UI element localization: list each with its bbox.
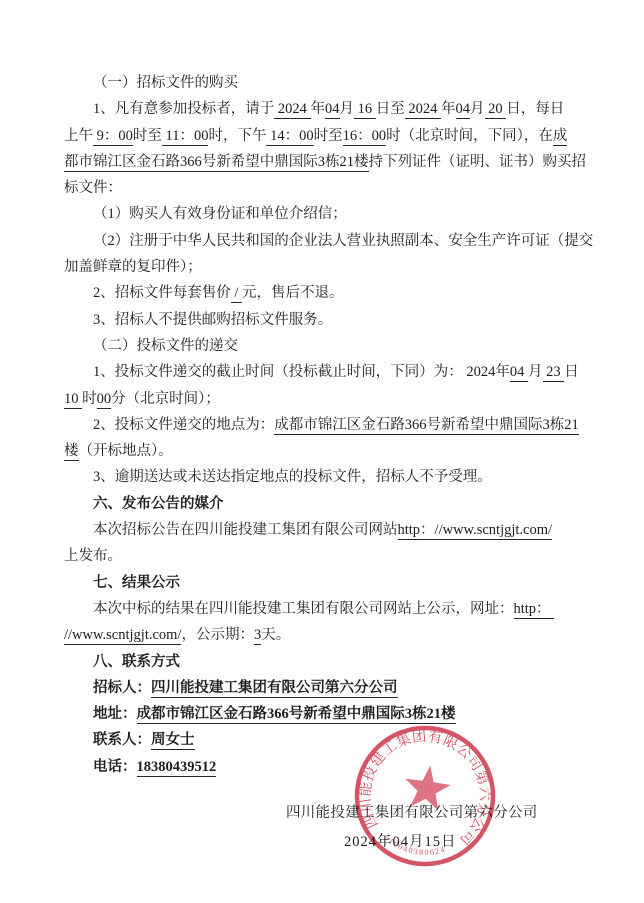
blank-filled-value: 18380439512 xyxy=(137,759,217,777)
doc-line: 2、投标文件递交的地点为：成都市锦江区金石路366号新希望中鼎国际3栋21 xyxy=(64,412,592,438)
blank-filled-value: 16：00 xyxy=(343,128,387,146)
blank-filled-value: 楼 xyxy=(64,443,79,461)
blank-filled-value: 20 xyxy=(485,101,507,119)
blank-filled-value: 周女士 xyxy=(151,732,195,750)
doc-text: 时至 xyxy=(314,128,343,144)
blank-filled-value: 2024 xyxy=(405,101,441,119)
doc-text: 八、联系方式 xyxy=(93,654,180,670)
blank-filled-value: 2024 xyxy=(274,101,310,119)
doc-line: （二）投标文件的递交 xyxy=(64,333,592,359)
doc-text: （2）注册于中华人民共和国的企业法人营业执照副本、安全生产许可证（提交 xyxy=(93,233,593,249)
doc-text: 年 xyxy=(441,101,456,117)
doc-text: 1、凡有意参加投标者，请于 xyxy=(93,101,274,117)
blank-filled-value: 10 xyxy=(64,391,82,409)
blank-filled-value: 04 xyxy=(510,364,528,382)
doc-line: 10 时00分（北京时间）； xyxy=(64,386,592,412)
doc-line: 都市锦江区金石路366号新希望中鼎国际3栋21楼持下列证件（证明、证书）购买招 xyxy=(64,149,592,175)
doc-text: 加盖鲜章的复印件）； xyxy=(64,259,202,275)
doc-text: （二）投标文件的递交 xyxy=(93,338,238,354)
doc-text: 年 xyxy=(311,101,326,117)
doc-line: 上发布。 xyxy=(64,543,592,569)
doc-text: 月 xyxy=(470,101,485,117)
blank-filled-value: 11：00 xyxy=(162,128,209,146)
doc-text: 地址： xyxy=(93,706,137,722)
blank-filled-value: http：//www.scntjgjt.com/ xyxy=(398,522,553,540)
doc-line: 招标人：四川能投建工集团有限公司第六分公司 xyxy=(64,675,592,701)
doc-line: 联系人：周女士 xyxy=(64,727,592,753)
company-seal-stamp: 四川能投建工集团有限公司第六分公司 510040380624 xyxy=(350,721,500,871)
doc-line: 标文件： xyxy=(64,175,592,201)
doc-line: 本次招标公告在四川能投建工集团有限公司网站http：//www.scntjgjt… xyxy=(64,517,592,543)
doc-line: （1）购买人有效身份证和单位介绍信； xyxy=(64,201,592,227)
doc-text: 七、结果公示 xyxy=(93,575,180,591)
doc-text: 3、招标人不提供邮购招标文件服务。 xyxy=(93,312,332,328)
doc-text: 时至 xyxy=(133,128,162,144)
blank-filled-value: 04 xyxy=(325,101,340,119)
doc-line: 加盖鲜章的复印件）； xyxy=(64,254,592,280)
doc-text: 时，下午 xyxy=(208,128,266,144)
blank-filled-value: 00 xyxy=(97,391,112,409)
doc-text: 天。 xyxy=(261,627,290,643)
doc-text: 本次中标的结果在四川能投建工集团有限公司网站上公示，网址： xyxy=(93,601,514,617)
blank-filled-value: 成 xyxy=(553,128,568,146)
doc-line: 3、招标人不提供邮购招标文件服务。 xyxy=(64,307,592,333)
doc-body: （一）招标文件的购买1、凡有意参加投标者，请于 2024 年04月 16 日至 … xyxy=(64,70,592,780)
doc-text: 招标人： xyxy=(93,680,151,696)
doc-line: 3、逾期送达或未送达指定地点的投标文件，招标人不予受理。 xyxy=(64,464,592,490)
doc-line: （一）招标文件的购买 xyxy=(64,70,592,96)
doc-line: 1、投标文件递交的截止时间（投标截止时间，下同）为： 2024年04 月 23 … xyxy=(64,359,592,385)
doc-line: //www.scntjgjt.com/，公示期：3天。 xyxy=(64,622,592,648)
star-icon xyxy=(402,762,453,811)
blank-filled-value: 9：00 xyxy=(93,128,133,146)
doc-text: 2、投标文件递交的地点为： xyxy=(93,417,274,433)
doc-text: 时（北京时间，下同），在 xyxy=(386,128,553,144)
doc-line: 地址：成都市锦江区金石路366号新希望中鼎国际3栋21楼 xyxy=(64,701,592,727)
blank-filled-value: 16 xyxy=(354,101,376,119)
doc-text: （开标地点）。 xyxy=(79,443,173,459)
doc-text: 月 xyxy=(340,101,355,117)
blank-filled-value: 四川能投建工集团有限公司第六分公司 xyxy=(151,680,398,698)
doc-text: ，公示期： xyxy=(181,627,254,643)
doc-line: 楼（开标地点）。 xyxy=(64,438,592,464)
doc-line: 本次中标的结果在四川能投建工集团有限公司网站上公示，网址：http： xyxy=(64,596,592,622)
doc-text: 日至 xyxy=(376,101,405,117)
doc-line: 电话：18380439512 xyxy=(64,754,592,780)
doc-text: 上发布。 xyxy=(64,548,122,564)
blank-filled-value: 04 xyxy=(456,101,471,119)
doc-text: 2、招标文件每套售价 xyxy=(93,285,231,301)
doc-text: 日 xyxy=(564,364,579,380)
doc-text: （一）招标文件的购买 xyxy=(93,75,238,91)
doc-text: 电话： xyxy=(93,759,137,775)
blank-filled-value: //www.scntjgjt.com/ xyxy=(64,627,181,645)
doc-line: （2）注册于中华人民共和国的企业法人营业执照副本、安全生产许可证（提交 xyxy=(64,228,592,254)
doc-text: 上午 xyxy=(64,128,93,144)
doc-line: 七、结果公示 xyxy=(64,570,592,596)
doc-text: 3、逾期送达或未送达指定地点的投标文件，招标人不予受理。 xyxy=(93,469,492,485)
doc-line: 2、招标文件每套售价 / 元，售后不退。 xyxy=(64,280,592,306)
doc-text: 分（北京时间）； xyxy=(111,391,220,407)
doc-text: 标文件： xyxy=(64,180,122,196)
doc-text: （1）购买人有效身份证和单位介绍信； xyxy=(93,206,347,222)
doc-text: 时 xyxy=(82,391,97,407)
doc-text: 元，售后不退。 xyxy=(242,285,344,301)
blank-filled-value: http： xyxy=(514,601,555,619)
doc-line: 八、联系方式 xyxy=(64,649,592,675)
doc-line: 上午 9：00时至 11：00时，下午 14：00时至16：00时（北京时间，下… xyxy=(64,123,592,149)
doc-text: 本次招标公告在四川能投建工集团有限公司网站 xyxy=(93,522,398,538)
doc-text: 日，每日 xyxy=(506,101,564,117)
blank-filled-value: 14：00 xyxy=(266,128,313,146)
blank-filled-value: 都市锦江区金石路366号新希望中鼎国际3栋21楼 xyxy=(64,154,369,172)
doc-text: 持下列证件（证明、证书）购买招 xyxy=(369,154,587,170)
blank-filled-value: / xyxy=(231,285,242,303)
doc-text: 六、发布公告的媒介 xyxy=(93,496,224,512)
blank-filled-value: 23 xyxy=(543,364,565,382)
blank-filled-value: 成都市锦江区金石路366号新希望中鼎国际3栋21 xyxy=(274,417,579,435)
doc-line: 六、发布公告的媒介 xyxy=(64,491,592,517)
doc-text: 月 xyxy=(528,364,543,380)
doc-line: 1、凡有意参加投标者，请于 2024 年04月 16 日至 2024 年04月 … xyxy=(64,96,592,122)
doc-text: 联系人： xyxy=(93,732,151,748)
doc-text: 1、投标文件递交的截止时间（投标截止时间，下同）为： 2024年 xyxy=(93,364,510,380)
